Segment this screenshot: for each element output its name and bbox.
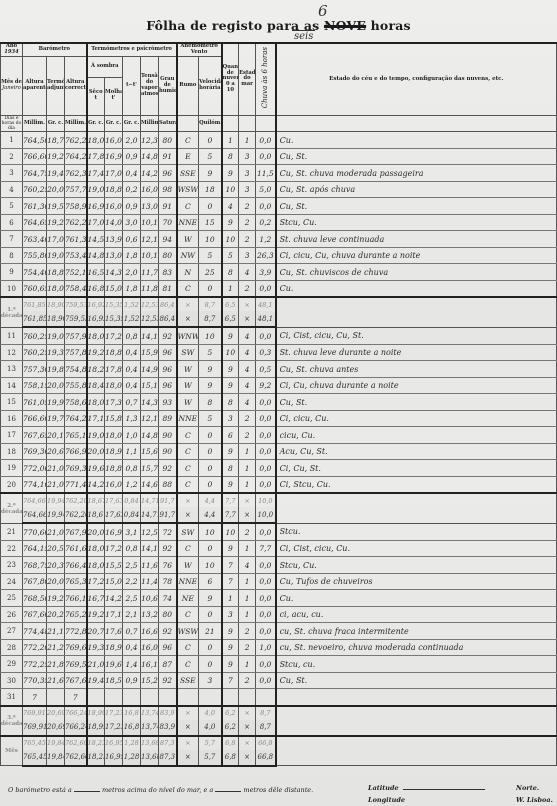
table-row: 20774,1021,0771,4714,216,01,214,688C0910… — [1, 476, 557, 493]
cell-seco — [87, 689, 105, 706]
cell-alt-ap: 764,50 — [23, 132, 47, 149]
summary-cell-vel: 4,0 — [199, 720, 222, 736]
cell-dif: 3,1 — [123, 523, 141, 540]
cell-mar: 2 — [239, 198, 256, 215]
cell-hum: 92 — [159, 623, 177, 640]
month-header: Mês deJaneiro — [1, 56, 23, 115]
cell-alt-cor: 7 — [65, 689, 87, 706]
table-row: 16766,6019,7764,2017,115,81,312,189NNE53… — [1, 410, 557, 427]
cell-dif: 0,4 — [123, 361, 141, 378]
cell-tens: 12,1 — [141, 231, 159, 248]
draft-cell: 7,7 — [222, 493, 239, 507]
cell-alt-cor: 762,20 — [65, 132, 87, 149]
weather-log-body: 1764,5018,7762,2018,016,02,012,380C0110,… — [1, 132, 557, 766]
cell-tens: 16,6 — [141, 623, 159, 640]
cell-term: 19,5 — [47, 198, 65, 215]
table-row: 13757,3019,8754,8818,217,80,414,996W9940… — [1, 361, 557, 378]
sky-state-cell: Acu, Cu, St. — [276, 443, 557, 460]
cell-alt-cor: 765,31 — [65, 573, 87, 590]
cell-vel: 5 — [199, 344, 222, 361]
cell-alt-ap: 774,48 — [23, 623, 47, 640]
unit-millim: Millim. — [23, 115, 47, 132]
cell-molh: 14,3 — [105, 264, 123, 281]
cell-nuv: 10 — [222, 523, 239, 540]
sky-state-cell: Ci, Cu, St. — [276, 460, 557, 477]
cell-mar: 2 — [239, 231, 256, 248]
cell-alt-cor: 762,36 — [65, 165, 87, 182]
summary-cell-molh: 17,23 — [105, 720, 123, 736]
cell-mar: 1 — [239, 606, 256, 623]
cell-alt-cor: 758,42 — [65, 280, 87, 297]
cell-dif: 1,0 — [123, 427, 141, 444]
summary-cell-dif: 0,84 — [123, 507, 141, 523]
cell-alt-ap: 761,05 — [23, 394, 47, 411]
cell-rumo: SW — [177, 344, 199, 361]
cell-chuva: 0,0 — [256, 280, 276, 297]
cell-dif: 3,0 — [123, 214, 141, 231]
cell-dif: 0,7 — [123, 394, 141, 411]
cell-seco: 16,5 — [87, 264, 105, 281]
draft-cell: 12,53 — [141, 297, 159, 311]
cell-dif: 2,0 — [123, 132, 141, 149]
cell-chuva: 0,2 — [256, 214, 276, 231]
summary-cell-seco: 18,23 — [87, 750, 105, 766]
cell-rumo — [177, 689, 199, 706]
cell-alt-cor: 758,91 — [65, 198, 87, 215]
cell-tens: 15,6 — [141, 443, 159, 460]
cell-rumo: W — [177, 557, 199, 574]
cell-nuv: 7 — [222, 672, 239, 689]
summary-blank — [276, 297, 557, 327]
draft-cell: 18,67 — [87, 493, 105, 507]
cell-chuva: 0,0 — [256, 148, 276, 165]
sky-state-cell: Ci, cicu, Cu. — [276, 410, 557, 427]
cell-hum: 93 — [159, 394, 177, 411]
cell-nuv: 3 — [222, 606, 239, 623]
cell-alt-cor: 754,88 — [65, 361, 87, 378]
draft-cell: 765,45 — [23, 736, 47, 750]
cell-hum: 92 — [159, 540, 177, 557]
cell-hum: 92 — [159, 672, 177, 689]
day-cell: 28 — [1, 639, 23, 656]
cell-alt-cor: 767,67 — [65, 672, 87, 689]
summary-cell-alt-cor: 759,536 — [65, 311, 87, 327]
cell-hum: 96 — [159, 639, 177, 656]
day-cell: 19 — [1, 460, 23, 477]
cell-seco: 19,0 — [87, 427, 105, 444]
cell-alt-cor: 765,27 — [65, 606, 87, 623]
cell-tens: 11,8 — [141, 280, 159, 297]
table-row: 14758,1520,0755,8118,418,00,415,196W9949… — [1, 377, 557, 394]
table-row: 23768,7520,3766,4418,015,52,511,676W1074… — [1, 557, 557, 574]
cell-rumo: C — [177, 443, 199, 460]
cell-seco: 18,0 — [87, 132, 105, 149]
cell-vel: 21 — [199, 623, 222, 640]
table-row: 6764,6519,2762,2917,014,03,010,170NNE159… — [1, 214, 557, 231]
summary-cell-dif: 1,28 — [123, 750, 141, 766]
corrected-height-header: Altura correcta — [65, 56, 87, 115]
cell-vel: 10 — [199, 327, 222, 344]
cell-term: 18,7 — [47, 132, 65, 149]
cell-nuv: 6 — [222, 427, 239, 444]
day-cell: 16 — [1, 410, 23, 427]
cell-molh: 14,2 — [105, 590, 123, 607]
draft-cell: 18,99 — [87, 706, 105, 720]
table-row: 3177 — [1, 689, 557, 706]
cell-chuva: 0,0 — [256, 623, 276, 640]
cell-rumo: NW — [177, 247, 199, 264]
cell-vel: 9 — [199, 361, 222, 378]
table-row: 18769,3020,6766,9420,018,91,115,690C0910… — [1, 443, 557, 460]
cell-nuv: 10 — [222, 181, 239, 198]
summary-cell-seco: 16,92 — [87, 311, 105, 327]
cell-mar — [239, 689, 256, 706]
table-row: 17767,6520,1765,1519,018,01,014,890C0620… — [1, 427, 557, 444]
cell-tens: 14,9 — [141, 361, 159, 378]
day-cell: 2 — [1, 148, 23, 165]
draft-cell: 86,4 — [159, 297, 177, 311]
cell-chuva: 0,0 — [256, 656, 276, 673]
sky-state-cell: Ci, Cu, chuva durante a noite — [276, 377, 557, 394]
cell-seco: 20,0 — [87, 523, 105, 540]
barometer-group-header: Barómetro — [23, 43, 87, 56]
summary-cell-term: 19,94 — [47, 507, 65, 523]
summary-cell-vel: 8,7 — [199, 311, 222, 327]
draft-cell: 1,52 — [123, 297, 141, 311]
cell-term: 19,8 — [47, 361, 65, 378]
cell-alt-ap: 764,75 — [23, 165, 47, 182]
day-cell: 1 — [1, 132, 23, 149]
cell-molh: 16,0 — [105, 132, 123, 149]
table-row: 5761,3019,5758,9116,916,00,913,091C0420,… — [1, 198, 557, 215]
cell-hum: 83 — [159, 264, 177, 281]
cell-tens: 16,1 — [141, 656, 159, 673]
cell-vel: 15 — [199, 214, 222, 231]
cell-chuva: 0,0 — [256, 590, 276, 607]
cell-vel: 8 — [199, 394, 222, 411]
cell-chuva: 0,0 — [256, 132, 276, 149]
summary-cell-molh: 15,35 — [105, 311, 123, 327]
cell-rumo: W — [177, 231, 199, 248]
unit-grc: Gr. c. — [87, 115, 105, 132]
summary-cell-rumo: × — [177, 720, 199, 736]
cell-hum: 92 — [159, 460, 177, 477]
cell-molh: 18,8 — [105, 460, 123, 477]
cell-alt-ap: 764,15 — [23, 540, 47, 557]
draft-cell: 16,95 — [105, 736, 123, 750]
unit-blank — [256, 115, 276, 132]
cell-rumo: SSE — [177, 165, 199, 182]
cell-chuva: 0,5 — [256, 361, 276, 378]
cell-rumo: SW — [177, 523, 199, 540]
cell-term: 20,0 — [47, 377, 65, 394]
cell-term: 19,2 — [47, 148, 65, 165]
cell-term: 21,0 — [47, 476, 65, 493]
cell-chuva: 0,0 — [256, 443, 276, 460]
cell-term: 19,0 — [47, 247, 65, 264]
cell-mar: 4 — [239, 557, 256, 574]
cell-term: 20,5 — [47, 540, 65, 557]
register-sheet: 6 Fôlha de registo para as NOVE horas se… — [0, 0, 557, 806]
summary-cell-chuva: 8,7 — [256, 720, 276, 736]
cell-vel: 0 — [199, 639, 222, 656]
weather-log-table: Ano1934 Barómetro Termómetros e psicróme… — [0, 42, 557, 767]
draft-cell: 4,4 — [199, 493, 222, 507]
cell-rumo: C — [177, 427, 199, 444]
cell-alt-ap: 766,60 — [23, 410, 47, 427]
cell-hum: 74 — [159, 590, 177, 607]
draft-cell: 5,7 — [199, 736, 222, 750]
day-cell: 9 — [1, 264, 23, 281]
unit-millim: Millim. — [141, 115, 159, 132]
cell-tens: 10,1 — [141, 214, 159, 231]
cell-chuva: 3,9 — [256, 264, 276, 281]
cell-alt-ap: 760,65 — [23, 280, 47, 297]
summary-cell-alt-ap: 765,45 — [23, 750, 47, 766]
cell-hum: 94 — [159, 231, 177, 248]
cell-mar: 2 — [239, 639, 256, 656]
table-row: 10760,6518,0758,4216,815,01,811,881C0120… — [1, 280, 557, 297]
draft-cell: 19,94 — [47, 493, 65, 507]
cell-term: 20,0 — [47, 573, 65, 590]
day-cell: 7 — [1, 231, 23, 248]
summary-row-draft: Mês765,4519,84762,6018,2316,951,2813,688… — [1, 736, 557, 750]
summary-cell-alt-cor: 762,60 — [65, 750, 87, 766]
sky-state-cell: Stcu, Cu. — [276, 214, 557, 231]
cell-tens: 14,1 — [141, 540, 159, 557]
longitude-line: LongitudeW. Lisboa. — [368, 796, 405, 804]
cell-nuv: 5 — [222, 247, 239, 264]
summary-blank — [276, 706, 557, 736]
unit-grc: Gr. c. — [47, 115, 65, 132]
day-cell: 29 — [1, 656, 23, 673]
sky-state-cell: Ci, Cist, cicu, Cu. — [276, 540, 557, 557]
cell-nuv: 9 — [222, 377, 239, 394]
draft-cell: × — [177, 297, 199, 311]
cell-alt-cor: 764,24 — [65, 148, 87, 165]
cell-alt-cor: 767,99 — [65, 523, 87, 540]
day-cell: 25 — [1, 590, 23, 607]
cell-mar: 3 — [239, 247, 256, 264]
cell-alt-cor: 757,88 — [65, 344, 87, 361]
cell-dif: 0,8 — [123, 460, 141, 477]
cell-alt-cor: 766,44 — [65, 557, 87, 574]
day-cell: 30 — [1, 672, 23, 689]
cell-vel: 18 — [199, 181, 222, 198]
cell-hum: 91 — [159, 148, 177, 165]
summary-cell-tens: 13,68 — [141, 750, 159, 766]
cell-term: 20,1 — [47, 427, 65, 444]
cell-dif: 2,5 — [123, 590, 141, 607]
draft-cell: 66,8 — [256, 736, 276, 750]
table-row: 27774,4821,1772,8020,717,60,716,692WSW21… — [1, 623, 557, 640]
summary-cell-nuv: 6,2 — [222, 720, 239, 736]
cell-mar: 3 — [239, 148, 256, 165]
day-cell: 11 — [1, 327, 23, 344]
cell-mar: 1 — [239, 656, 256, 673]
day-cell: 24 — [1, 573, 23, 590]
draft-cell: 91,7 — [159, 493, 177, 507]
cell-rumo: WNW — [177, 327, 199, 344]
cell-rumo: W — [177, 377, 199, 394]
table-row: 7763,4017,0761,3014,513,90,612,194W10102… — [1, 231, 557, 248]
draft-cell: 14,71 — [141, 493, 159, 507]
summary-label: 2.ª década — [1, 493, 23, 523]
cell-tens: 14,2 — [141, 165, 159, 182]
draft-cell: 766,248 — [65, 706, 87, 720]
cell-chuva: 1,2 — [256, 231, 276, 248]
sky-state-cell: Cu, Tufos de chuveiros — [276, 573, 557, 590]
cell-alt-cor: 769,67 — [65, 639, 87, 656]
unit-blank — [177, 115, 199, 132]
cell-dif — [123, 689, 141, 706]
cell-mar: 2 — [239, 523, 256, 540]
sky-state-cell: Cu, St. chuva moderada passageira — [276, 165, 557, 182]
cell-molh: 19,6 — [105, 656, 123, 673]
table-row: 26767,6020,2765,2719,217,12,113,280C0310… — [1, 606, 557, 623]
cell-seco: 17,1 — [87, 410, 105, 427]
cell-nuv: 9 — [222, 540, 239, 557]
cell-dif: 0,4 — [123, 377, 141, 394]
cell-dif: 0,9 — [123, 148, 141, 165]
cell-seco: 19,4 — [87, 672, 105, 689]
cell-mar: 3 — [239, 165, 256, 182]
cell-chuva: 0,0 — [256, 672, 276, 689]
table-row: 1764,5018,7762,2018,016,02,012,380C0110,… — [1, 132, 557, 149]
draft-cell: 8,7 — [199, 297, 222, 311]
cell-nuv: 8 — [222, 460, 239, 477]
cell-molh: 17,8 — [105, 361, 123, 378]
cell-rumo: NNE — [177, 410, 199, 427]
cell-nuv: 8 — [222, 148, 239, 165]
cell-nuv: 9 — [222, 214, 239, 231]
cell-tens: 10,6 — [141, 590, 159, 607]
sky-state-cell: Cu, St. chuva antes — [276, 361, 557, 378]
summary-cell-molh: 16,95 — [105, 750, 123, 766]
cell-molh: 13,9 — [105, 231, 123, 248]
unit-millim: Millim. — [65, 115, 87, 132]
day-cell: 8 — [1, 247, 23, 264]
cell-alt-cor: 762,29 — [65, 214, 87, 231]
cell-hum: 72 — [159, 523, 177, 540]
summary-cell-hum: 86,4 — [159, 311, 177, 327]
sky-state-cell: Stcu. — [276, 523, 557, 540]
draft-cell: 759,536 — [65, 297, 87, 311]
cell-alt-ap: 760,25 — [23, 327, 47, 344]
dry-bulb-header: Sêco t — [87, 77, 105, 115]
draft-cell: × — [239, 493, 256, 507]
cell-hum: 88 — [159, 476, 177, 493]
cell-term: 19,2 — [47, 590, 65, 607]
sky-state-cell: Cu, St. — [276, 198, 557, 215]
cell-term: 19,7 — [47, 410, 65, 427]
cell-term: 21,1 — [47, 623, 65, 640]
summary-cell-vel: 5,7 — [199, 750, 222, 766]
table-row: 28772,2021,2769,6719,318,90,416,096C0921… — [1, 639, 557, 656]
cell-dif: 1,2 — [123, 476, 141, 493]
draft-cell: × — [177, 493, 199, 507]
cell-chuva: 0,0 — [256, 198, 276, 215]
rain-header: Chuva às 6 horas — [256, 43, 276, 115]
cell-molh: 18,8 — [105, 344, 123, 361]
day-cell: 6 — [1, 214, 23, 231]
cell-chuva: 0,0 — [256, 427, 276, 444]
cell-nuv: 1 — [222, 590, 239, 607]
summary-cell-chuva: 10,0 — [256, 507, 276, 523]
cell-mar: 2 — [239, 427, 256, 444]
cell-molh: 18,9 — [105, 639, 123, 656]
cell-mar: 1 — [239, 443, 256, 460]
sky-state-cell: Cu, St. chuviscos de chuva — [276, 264, 557, 281]
table-row: 22764,1520,5761,6218,017,20,814,192C0917… — [1, 540, 557, 557]
summary-cell-chuva: 66,8 — [256, 750, 276, 766]
cell-alt-cor: 755,81 — [65, 377, 87, 394]
cell-rumo: C — [177, 280, 199, 297]
cell-alt-ap: 766,60 — [23, 148, 47, 165]
cell-chuva: 7,7 — [256, 540, 276, 557]
cell-seco: 18,0 — [87, 327, 105, 344]
cell-molh: 16,9 — [105, 148, 123, 165]
cell-alt-ap: 767,80 — [23, 573, 47, 590]
table-row: 21770,6021,0767,9920,016,93,112,572SW101… — [1, 523, 557, 540]
cell-tens — [141, 689, 159, 706]
cell-alt-cor: 766,94 — [65, 443, 87, 460]
cell-vel: 3 — [199, 672, 222, 689]
day-cell: 5 — [1, 198, 23, 215]
cell-tens: 12,5 — [141, 523, 159, 540]
cell-nuv: 4 — [222, 198, 239, 215]
cell-alt-ap: 764,65 — [23, 214, 47, 231]
unit-km: Quilóm. — [199, 115, 222, 132]
summary-row-draft: 3.ª década769,91520,69766,24818,9917,231… — [1, 706, 557, 720]
cell-molh: 13,0 — [105, 247, 123, 264]
cell-hum: 80 — [159, 132, 177, 149]
cell-hum: 76 — [159, 557, 177, 574]
sky-state-cell: Cu, St. após chuva — [276, 181, 557, 198]
cell-dif: 0,4 — [123, 639, 141, 656]
cell-rumo: WSW — [177, 181, 199, 198]
day-cell: 12 — [1, 344, 23, 361]
barometer-note: O barómetro está a metros acima do nível… — [8, 786, 313, 794]
draft-cell: 1,28 — [123, 736, 141, 750]
summary-cell-alt-cor: 762,205 — [65, 507, 87, 523]
cell-tens: 15,1 — [141, 377, 159, 394]
cell-chuva: 9,2 — [256, 377, 276, 394]
draft-cell: 4,0 — [199, 706, 222, 720]
cell-mar: 4 — [239, 344, 256, 361]
cell-chuva: 0,0 — [256, 606, 276, 623]
year-header: Ano1934 — [1, 43, 23, 56]
summary-cell-tens: 12,53 — [141, 311, 159, 327]
cell-alt-cor: 769,54 — [65, 656, 87, 673]
sky-state-cell: cu, St. chuva fraca intermitente — [276, 623, 557, 640]
draft-cell: 48,1 — [256, 297, 276, 311]
cell-vel: 0 — [199, 132, 222, 149]
cell-rumo: N — [177, 264, 199, 281]
sky-state-cell: cu, St. nevoeiro, chuva moderada continu… — [276, 639, 557, 656]
cell-nuv: 9 — [222, 639, 239, 656]
cell-seco: 17,0 — [87, 214, 105, 231]
anemometer-group-header: AnemómetroVento — [177, 43, 222, 56]
cell-rumo: W — [177, 394, 199, 411]
draft-cell: 762,205 — [65, 493, 87, 507]
cell-mar: 2 — [239, 672, 256, 689]
cell-term: 20,6 — [47, 443, 65, 460]
cell-hum: 81 — [159, 280, 177, 297]
sky-state-cell: Cu, St. — [276, 394, 557, 411]
cell-hum: 96 — [159, 344, 177, 361]
summary-cell-seco: 18,99 — [87, 720, 105, 736]
